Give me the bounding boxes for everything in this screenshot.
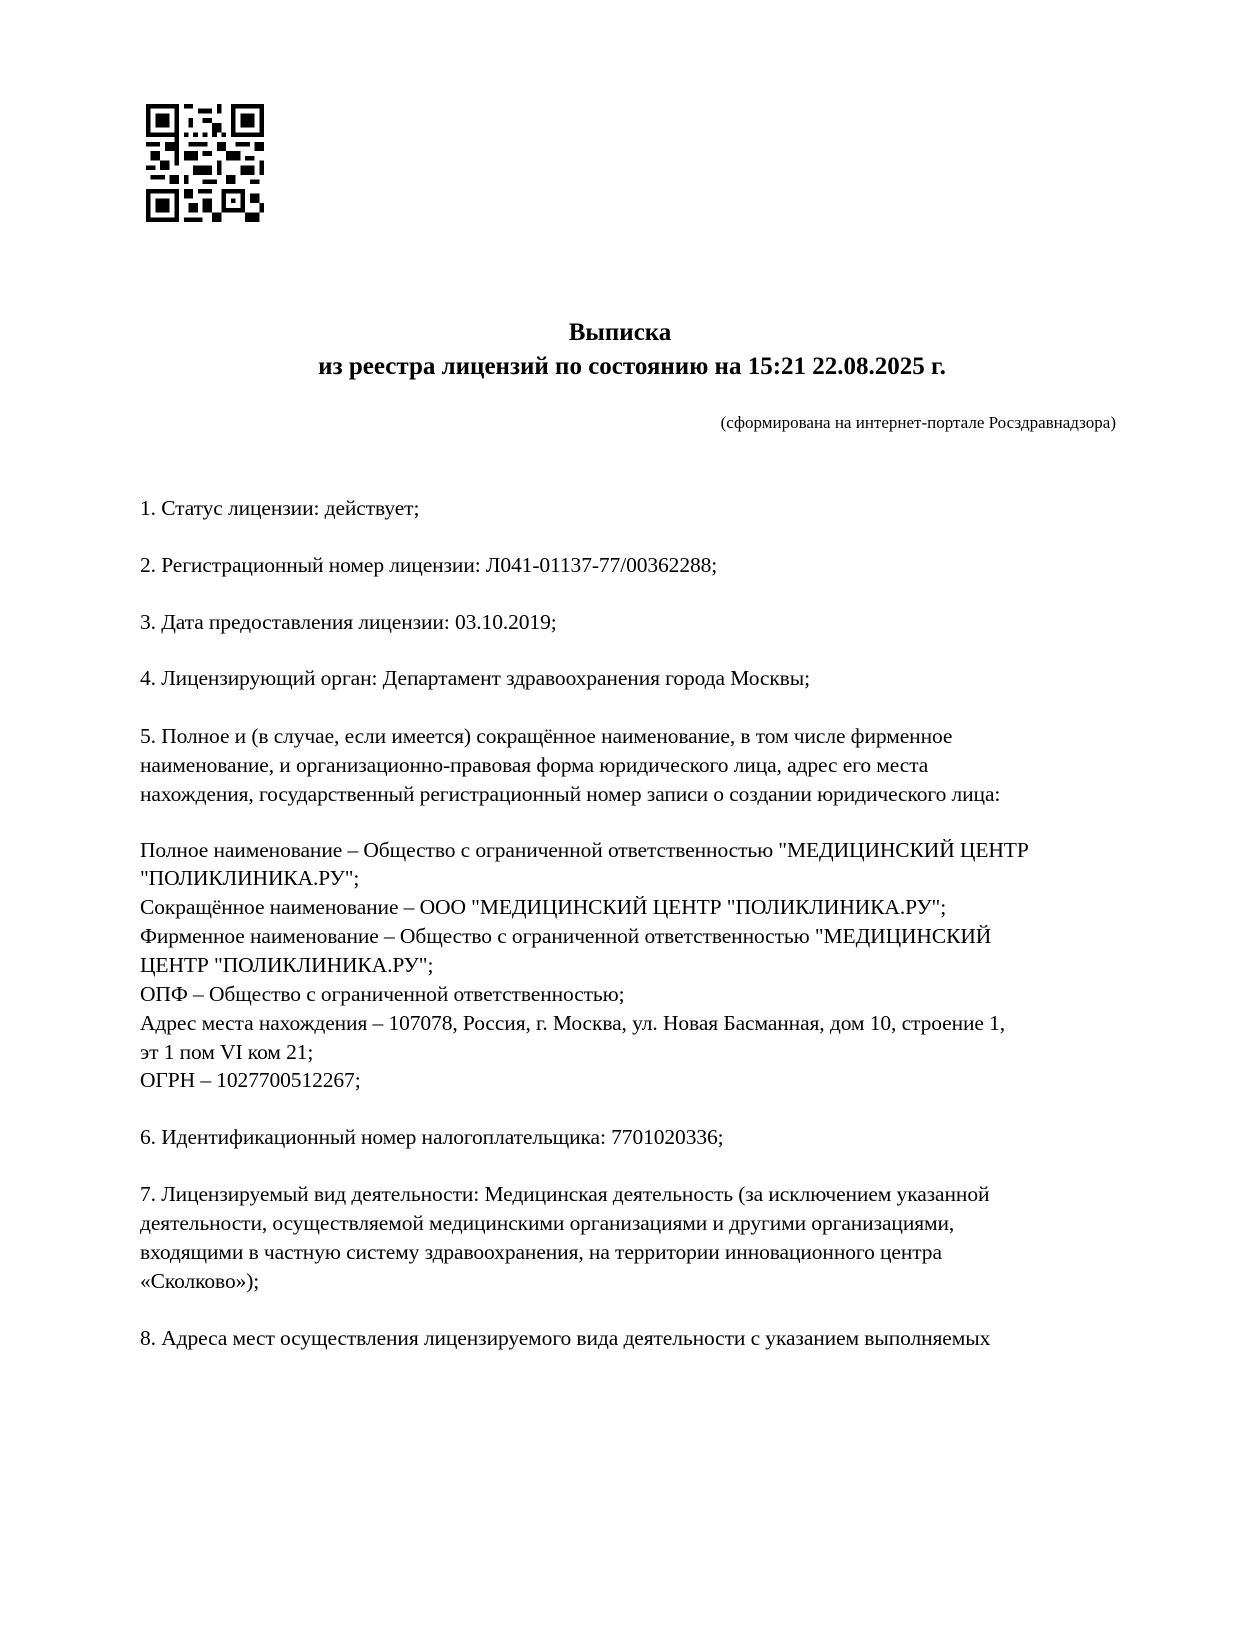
source-note: (сформирована на интернет-портале Росздр… [721,413,1116,433]
item7-line: входящими в частную систему здравоохране… [140,1240,942,1265]
item5-line: 5. Полное и (в случае, если имеется) сок… [140,724,952,749]
document-title: Выписка из реестра лицензий по состоянию… [0,316,1240,384]
item-license-status: 1. Статус лицензии: действует; [140,496,419,521]
org-brand-name-cont: ЦЕНТР "ПОЛИКЛИНИКА.РУ"; [140,953,433,978]
item7-line: деятельности, осуществляемой медицинским… [140,1211,954,1236]
org-full-name-cont: "ПОЛИКЛИНИКА.РУ"; [140,866,359,891]
item7-line: 7. Лицензируемый вид деятельности: Медиц… [140,1182,989,1207]
item-inn: 6. Идентификационный номер налогоплатель… [140,1125,724,1150]
org-legal-form: ОПФ – Общество с ограниченной ответствен… [140,982,624,1007]
item-registration-number: 2. Регистрационный номер лицензии: Л041-… [140,553,717,578]
item7-line: «Сколково»); [140,1269,259,1294]
org-ogrn: ОГРН – 1027700512267; [140,1068,361,1093]
org-address: Адрес места нахождения – 107078, Россия,… [140,1011,1005,1036]
org-short-name: Сокращённое наименование – ООО "МЕДИЦИНС… [140,895,946,920]
title-subtitle: из реестра лицензий по состоянию на 15:2… [24,350,1240,384]
item-licensing-authority: 4. Лицензирующий орган: Департамент здра… [140,666,810,691]
item8-line: 8. Адреса мест осуществления лицензируем… [140,1326,990,1351]
title-main: Выписка [569,319,672,346]
org-address-cont: эт 1 пом VI ком 21; [140,1040,313,1065]
item5-line: нахождения, государственный регистрацион… [140,782,1000,807]
item-issue-date: 3. Дата предоставления лицензии: 03.10.2… [140,610,557,635]
org-brand-name: Фирменное наименование – Общество с огра… [140,924,991,949]
org-full-name: Полное наименование – Общество с огранич… [140,838,1029,863]
item5-line: наименование, и организационно-правовая … [140,753,928,778]
qr-code [146,104,264,222]
